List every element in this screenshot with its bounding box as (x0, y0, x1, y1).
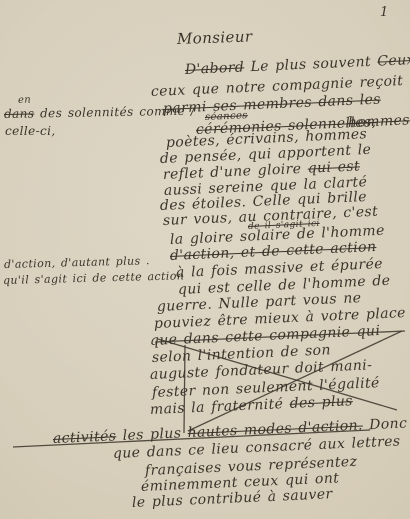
handwritten-text: celle-ci, (5, 124, 56, 138)
manuscript-line: celle-ci, (5, 125, 56, 137)
manuscript-line: qu'il s'agit ici de cette action (3, 270, 185, 286)
struck-text: D'abord (185, 59, 245, 78)
struck-text: des plus (289, 393, 353, 412)
handwritten-text: en (18, 94, 32, 106)
manuscript-line: en (18, 95, 32, 106)
handwritten-text: d'action, d'autant plus . (4, 254, 150, 271)
handwritten-text: qu'il s'agit ici de cette action (3, 269, 185, 287)
manuscript-line: d'action, d'autant plus . (4, 255, 150, 270)
handwritten-text: les plus (116, 425, 188, 444)
manuscript-page: 1 Monsieur D'abord Le plus souvent Ceuxc… (0, 0, 410, 519)
page-number: 1 (380, 5, 388, 20)
handwritten-text: Donc (362, 416, 407, 434)
struck-text: dans (4, 106, 35, 121)
salutation: Monsieur (177, 29, 253, 47)
struck-text: Ceux (377, 52, 410, 70)
struck-text: activités (53, 428, 117, 447)
handwritten-text: Le plus souvent (244, 54, 378, 76)
